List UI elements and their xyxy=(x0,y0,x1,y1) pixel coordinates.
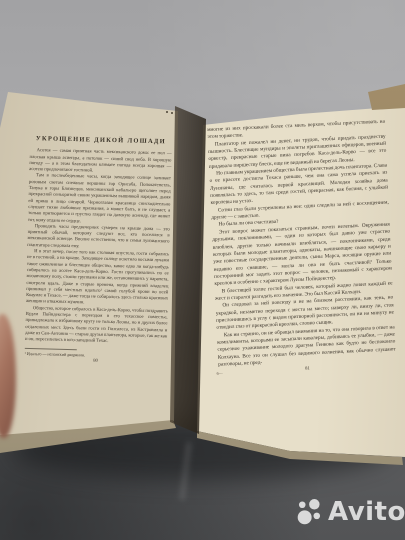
left-paragraph: Проводить часы предвечерних сумерек на к… xyxy=(27,224,170,253)
right-paragraph: Этот вопрос может показаться странным, п… xyxy=(212,221,393,288)
photo-of-open-book: УКРОЩЕНИЕ ДИКОЙ ЛОШАДИ Асотея — самая пр… xyxy=(0,0,405,540)
printers-signature-mark: 6— xyxy=(216,370,223,378)
page-speck xyxy=(171,112,173,114)
avito-dots-logo-icon xyxy=(294,497,325,527)
footnote-separator xyxy=(25,347,77,349)
chapter-title: УКРОЩЕНИЕ ДИКОЙ ЛОШАДИ xyxy=(30,136,172,146)
avito-watermark: Avito xyxy=(294,497,405,527)
left-page-text: УКРОЩЕНИЕ ДИКОЙ ЛОШАДИ Асотея — самая пр… xyxy=(24,136,171,366)
page-speck xyxy=(166,111,168,113)
right-page-text: многие из них проскакали более ста миль … xyxy=(207,119,397,377)
left-paragraph: Там в послеобеденные часы, когда заходящ… xyxy=(28,173,171,227)
left-paragraph: И в этот вечер, после того как столовая … xyxy=(26,249,169,309)
left-paragraph: Общество, которое собралось в Каса-дель-… xyxy=(25,306,168,347)
left-paragraph: Асотея — самая приятная часть мексиканск… xyxy=(29,148,172,177)
avito-wordmark: Avito xyxy=(328,499,405,525)
